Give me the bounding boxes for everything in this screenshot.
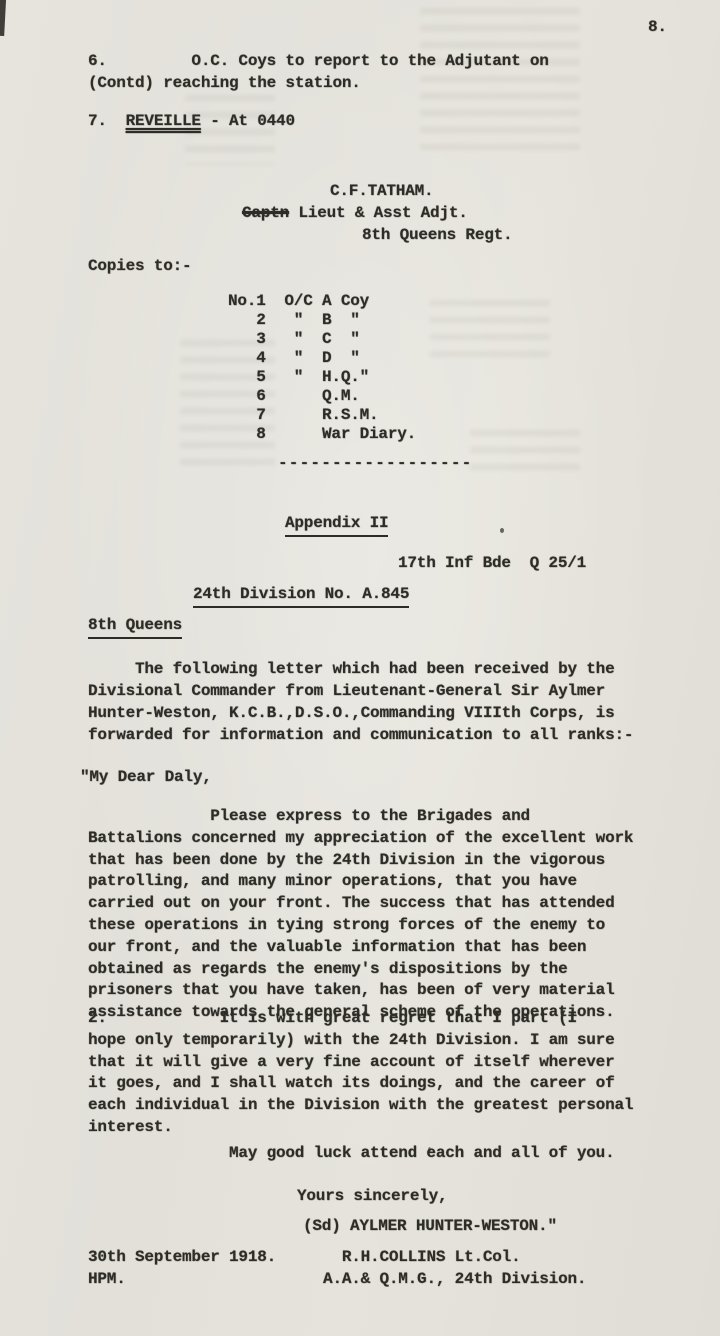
distribution-list: No.1 O/C A Coy 2 " B " 3 " C " 4 " D " 5…	[228, 292, 416, 444]
order-item-7: 7. REVEILLE - At 0440	[88, 110, 295, 132]
bleed-through-mark	[430, 300, 550, 365]
footer-date-countersign: 30th September 1918. R.H.COLLINS Lt.Col.…	[88, 1246, 586, 1290]
letter-paragraph-1: Please express to the Brigades and Batta…	[88, 806, 633, 1024]
letter-farewell: May good luck attend each and all of you…	[229, 1142, 614, 1164]
page-number: 8.	[648, 16, 667, 38]
signatory-unit: 8th Queens Regt.	[362, 224, 512, 246]
letter-intro: The following letter which had been rece…	[88, 658, 633, 746]
letter-closing: Yours sincerely,	[297, 1185, 447, 1207]
signatory-name: C.F.TATHAM.	[330, 180, 433, 202]
signatory-rank-rest: Lieut & Asst Adjt.	[289, 204, 468, 222]
section-divider: ------------------	[278, 452, 472, 474]
scan-edge-artifact	[0, 0, 6, 36]
brigade-reference: 17th Inf Bde Q 25/1	[398, 552, 586, 574]
letter-salutation: "My Dear Daly,	[80, 766, 212, 788]
document-page: 8. 6. O.C. Coys to report to the Adjutan…	[0, 0, 720, 1336]
order-item-7-rest: - At 0440	[201, 112, 295, 130]
order-item-7-title: REVEILLE	[126, 112, 201, 130]
division-reference: 24th Division No. A.845	[193, 583, 409, 608]
signatory-rank: Captn Lieut & Asst Adjt.	[242, 202, 468, 224]
appendix-title: Appendix II	[285, 512, 388, 537]
signatory-rank-struck: Captn	[242, 204, 289, 222]
addressee-unit: 8th Queens	[88, 614, 182, 639]
letter-paragraph-2: 2. It is with great regret that I part (…	[88, 1008, 633, 1139]
order-item-6: 6. O.C. Coys to report to the Adjutant o…	[88, 50, 549, 94]
ink-speck	[500, 528, 504, 533]
letter-signed: (Sd) AYLMER HUNTER-WESTON."	[303, 1215, 557, 1237]
bleed-through-mark	[470, 430, 580, 470]
order-item-7-number: 7.	[88, 112, 126, 130]
copies-label: Copies to:-	[88, 255, 191, 277]
